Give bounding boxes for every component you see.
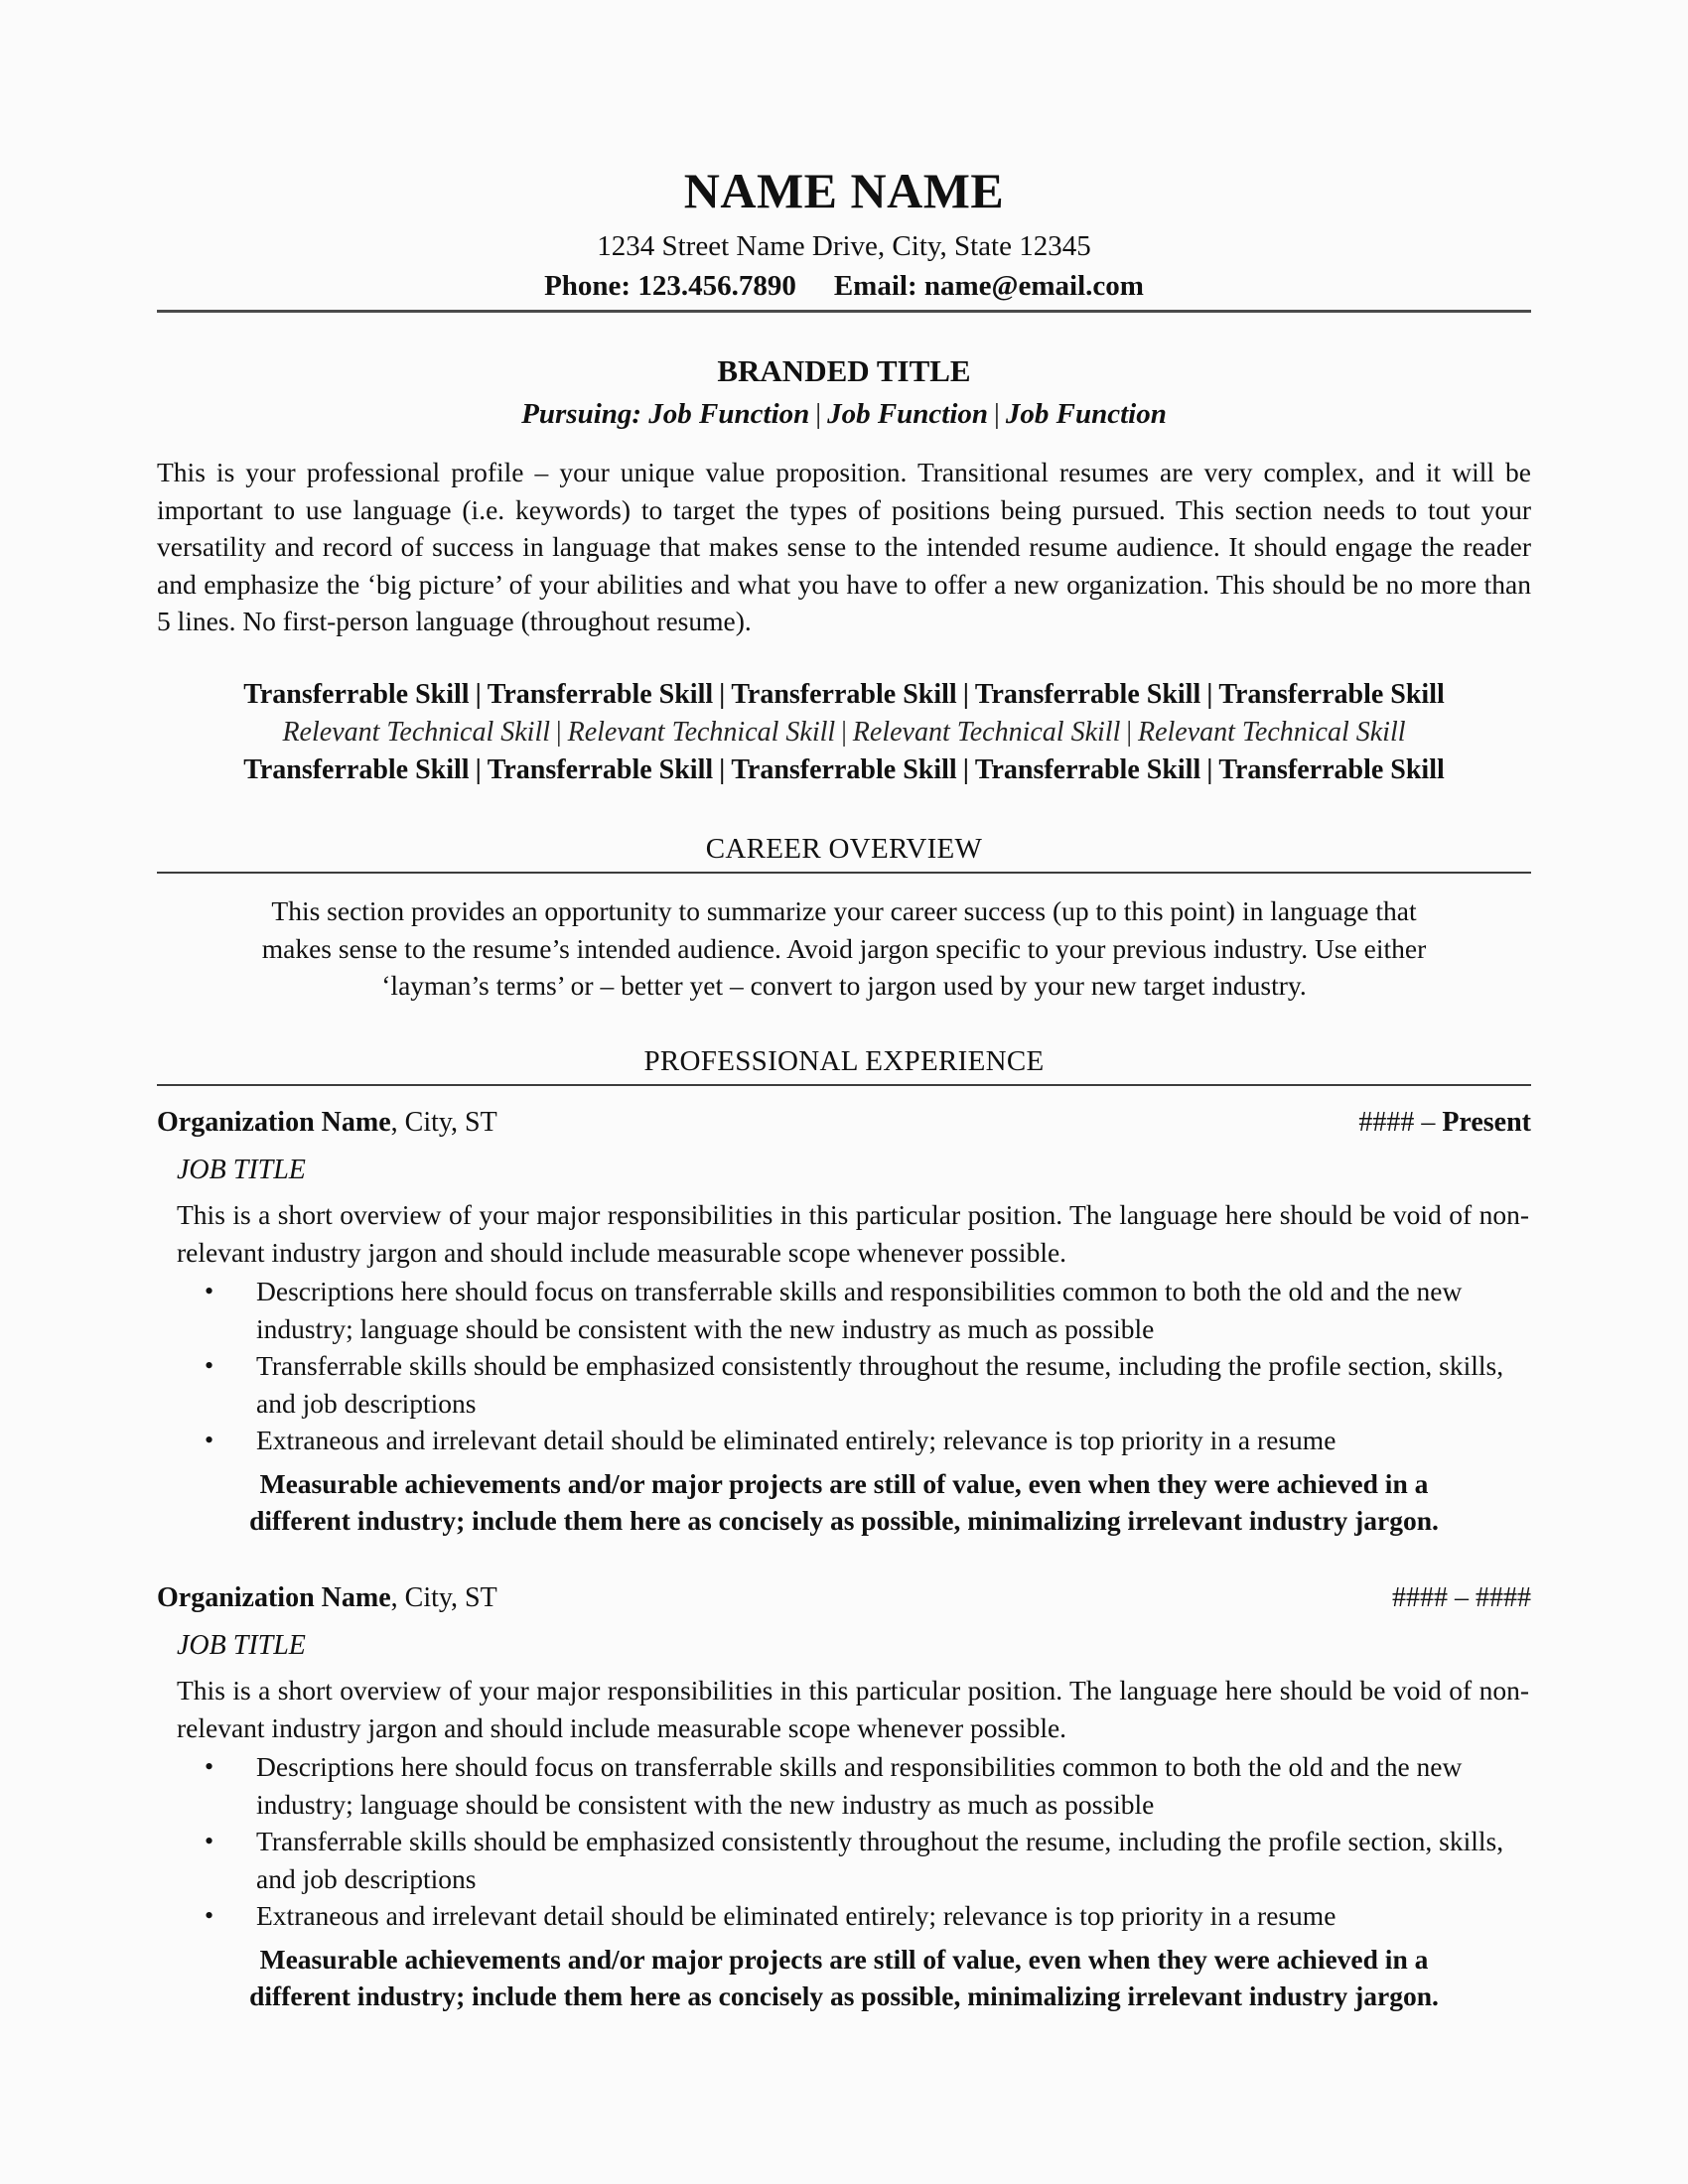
job-function: Job Function <box>648 398 809 430</box>
branded-title: BRANDED TITLE <box>157 351 1531 391</box>
organization-location: , City, ST <box>391 1582 497 1613</box>
email-address: name@email.com <box>924 270 1144 302</box>
organization-name: Organization Name <box>157 1107 391 1138</box>
separator: | <box>550 717 568 748</box>
career-overview-line: makes sense to the resume’s intended aud… <box>157 930 1531 968</box>
skills-row: Transferrable Skill|Transferrable Skill|… <box>157 676 1531 714</box>
job-overview: This is a short overview of your major r… <box>177 1672 1529 1746</box>
bullet-text: Descriptions here should focus on transf… <box>256 1751 1462 1820</box>
transferrable-skill: Transferrable Skill <box>975 679 1200 710</box>
bullet-text: Extraneous and irrelevant detail should … <box>256 1425 1336 1455</box>
date-start: #### <box>1392 1582 1448 1613</box>
professional-experience-divider <box>157 1084 1531 1086</box>
candidate-name: NAME NAME <box>157 161 1531 220</box>
technical-skill: Relevant Technical Skill <box>1138 717 1406 748</box>
career-overview-heading: CAREER OVERVIEW <box>157 831 1531 867</box>
transferrable-skill: Transferrable Skill <box>1218 679 1444 710</box>
professional-profile: This is your professional profile – your… <box>157 454 1531 640</box>
job-bullets: •Descriptions here should focus on trans… <box>157 1273 1531 1459</box>
bullet-icon: • <box>205 1748 213 1786</box>
job-overview: This is a short overview of your major r… <box>177 1196 1529 1271</box>
separator: | <box>957 754 975 785</box>
bullet-item: •Extraneous and irrelevant detail should… <box>256 1422 1531 1459</box>
technical-skill: Relevant Technical Skill <box>853 717 1121 748</box>
separator: | <box>713 754 731 785</box>
date-end: #### <box>1476 1582 1531 1613</box>
transferrable-skill: Transferrable Skill <box>975 754 1200 785</box>
job-bullets: •Descriptions here should focus on trans… <box>157 1748 1531 1935</box>
job-function: Job Function <box>827 398 988 430</box>
date-start: #### <box>1358 1107 1414 1138</box>
transferrable-skill: Transferrable Skill <box>1218 754 1444 785</box>
pursuing-line: Pursuing: Job Function|Job Function|Job … <box>157 395 1531 433</box>
career-overview-line: This section provides an opportunity to … <box>157 892 1531 930</box>
bullet-item: •Descriptions here should focus on trans… <box>256 1748 1531 1823</box>
achievements: Measurable achievements and/or major pro… <box>157 1941 1531 2015</box>
separator: | <box>470 679 488 710</box>
separator: | <box>1200 679 1218 710</box>
job-header: Organization Name, City, ST #### – #### <box>157 1579 1531 1617</box>
phone-number: 123.456.7890 <box>637 270 796 302</box>
transferrable-skill: Transferrable Skill <box>488 679 713 710</box>
job-title: JOB TITLE <box>177 1627 1531 1665</box>
career-overview-line: ‘layman’s terms’ or – better yet – conve… <box>157 967 1531 1005</box>
bullet-icon: • <box>205 1273 213 1310</box>
achievement-line: different industry; include them here as… <box>157 1978 1531 2015</box>
bullet-item: •Extraneous and irrelevant detail should… <box>256 1897 1531 1935</box>
skills-row: Transferrable Skill|Transferrable Skill|… <box>157 751 1531 789</box>
bullet-icon: • <box>205 1897 213 1935</box>
bullet-icon: • <box>205 1347 213 1385</box>
date-separator: – <box>1414 1107 1442 1138</box>
career-overview-divider <box>157 872 1531 874</box>
bullet-icon: • <box>205 1823 213 1860</box>
bullet-item: •Transferrable skills should be emphasiz… <box>256 1347 1531 1422</box>
job-dates: #### – #### <box>1392 1579 1531 1617</box>
achievement-line: different industry; include them here as… <box>157 1502 1531 1540</box>
pursuing-label: Pursuing: <box>521 398 641 430</box>
separator: | <box>988 398 1006 430</box>
skills-block: Transferrable Skill|Transferrable Skill|… <box>157 676 1531 789</box>
career-overview-text: This section provides an opportunity to … <box>157 892 1531 1005</box>
job-function: Job Function <box>1006 398 1167 430</box>
date-end: Present <box>1442 1107 1531 1138</box>
job-entry: Organization Name, City, ST #### – #### … <box>157 1579 1531 2015</box>
bullet-text: Transferrable skills should be emphasize… <box>256 1826 1503 1894</box>
job-organization-line: Organization Name, City, ST <box>157 1579 497 1617</box>
separator: | <box>1200 754 1218 785</box>
phone-label: Phone: <box>544 270 631 302</box>
achievements: Measurable achievements and/or major pro… <box>157 1465 1531 1540</box>
separator: | <box>957 679 975 710</box>
achievement-line: Measurable achievements and/or major pro… <box>157 1465 1531 1503</box>
transferrable-skill: Transferrable Skill <box>731 754 956 785</box>
email-label: Email: <box>834 270 917 302</box>
contact-line: Phone: 123.456.7890Email: name@email.com <box>157 268 1531 304</box>
job-entry: Organization Name, City, ST #### – Prese… <box>157 1104 1531 1540</box>
organization-name: Organization Name <box>157 1582 391 1613</box>
professional-experience-heading: PROFESSIONAL EXPERIENCE <box>157 1043 1531 1079</box>
technical-skill: Relevant Technical Skill <box>282 717 550 748</box>
achievement-line: Measurable achievements and/or major pro… <box>157 1941 1531 1979</box>
transferrable-skill: Transferrable Skill <box>243 679 469 710</box>
address: 1234 Street Name Drive, City, State 1234… <box>157 228 1531 264</box>
transferrable-skill: Transferrable Skill <box>243 754 469 785</box>
transferrable-skill: Transferrable Skill <box>488 754 713 785</box>
job-dates: #### – Present <box>1358 1104 1531 1142</box>
skills-row: Relevant Technical Skill|Relevant Techni… <box>157 714 1531 751</box>
separator: | <box>713 679 731 710</box>
bullet-item: •Transferrable skills should be emphasiz… <box>256 1823 1531 1897</box>
transferrable-skill: Transferrable Skill <box>731 679 956 710</box>
date-separator: – <box>1448 1582 1476 1613</box>
separator: | <box>809 398 827 430</box>
bullet-text: Descriptions here should focus on transf… <box>256 1276 1462 1344</box>
job-organization-line: Organization Name, City, ST <box>157 1104 497 1142</box>
bullet-item: •Descriptions here should focus on trans… <box>256 1273 1531 1347</box>
job-header: Organization Name, City, ST #### – Prese… <box>157 1104 1531 1142</box>
job-title: JOB TITLE <box>177 1152 1531 1189</box>
organization-location: , City, ST <box>391 1107 497 1138</box>
header-divider <box>157 310 1531 313</box>
separator: | <box>835 717 853 748</box>
separator: | <box>470 754 488 785</box>
technical-skill: Relevant Technical Skill <box>568 717 836 748</box>
bullet-icon: • <box>205 1422 213 1459</box>
bullet-text: Transferrable skills should be emphasize… <box>256 1350 1503 1419</box>
bullet-text: Extraneous and irrelevant detail should … <box>256 1900 1336 1931</box>
separator: | <box>1120 717 1138 748</box>
